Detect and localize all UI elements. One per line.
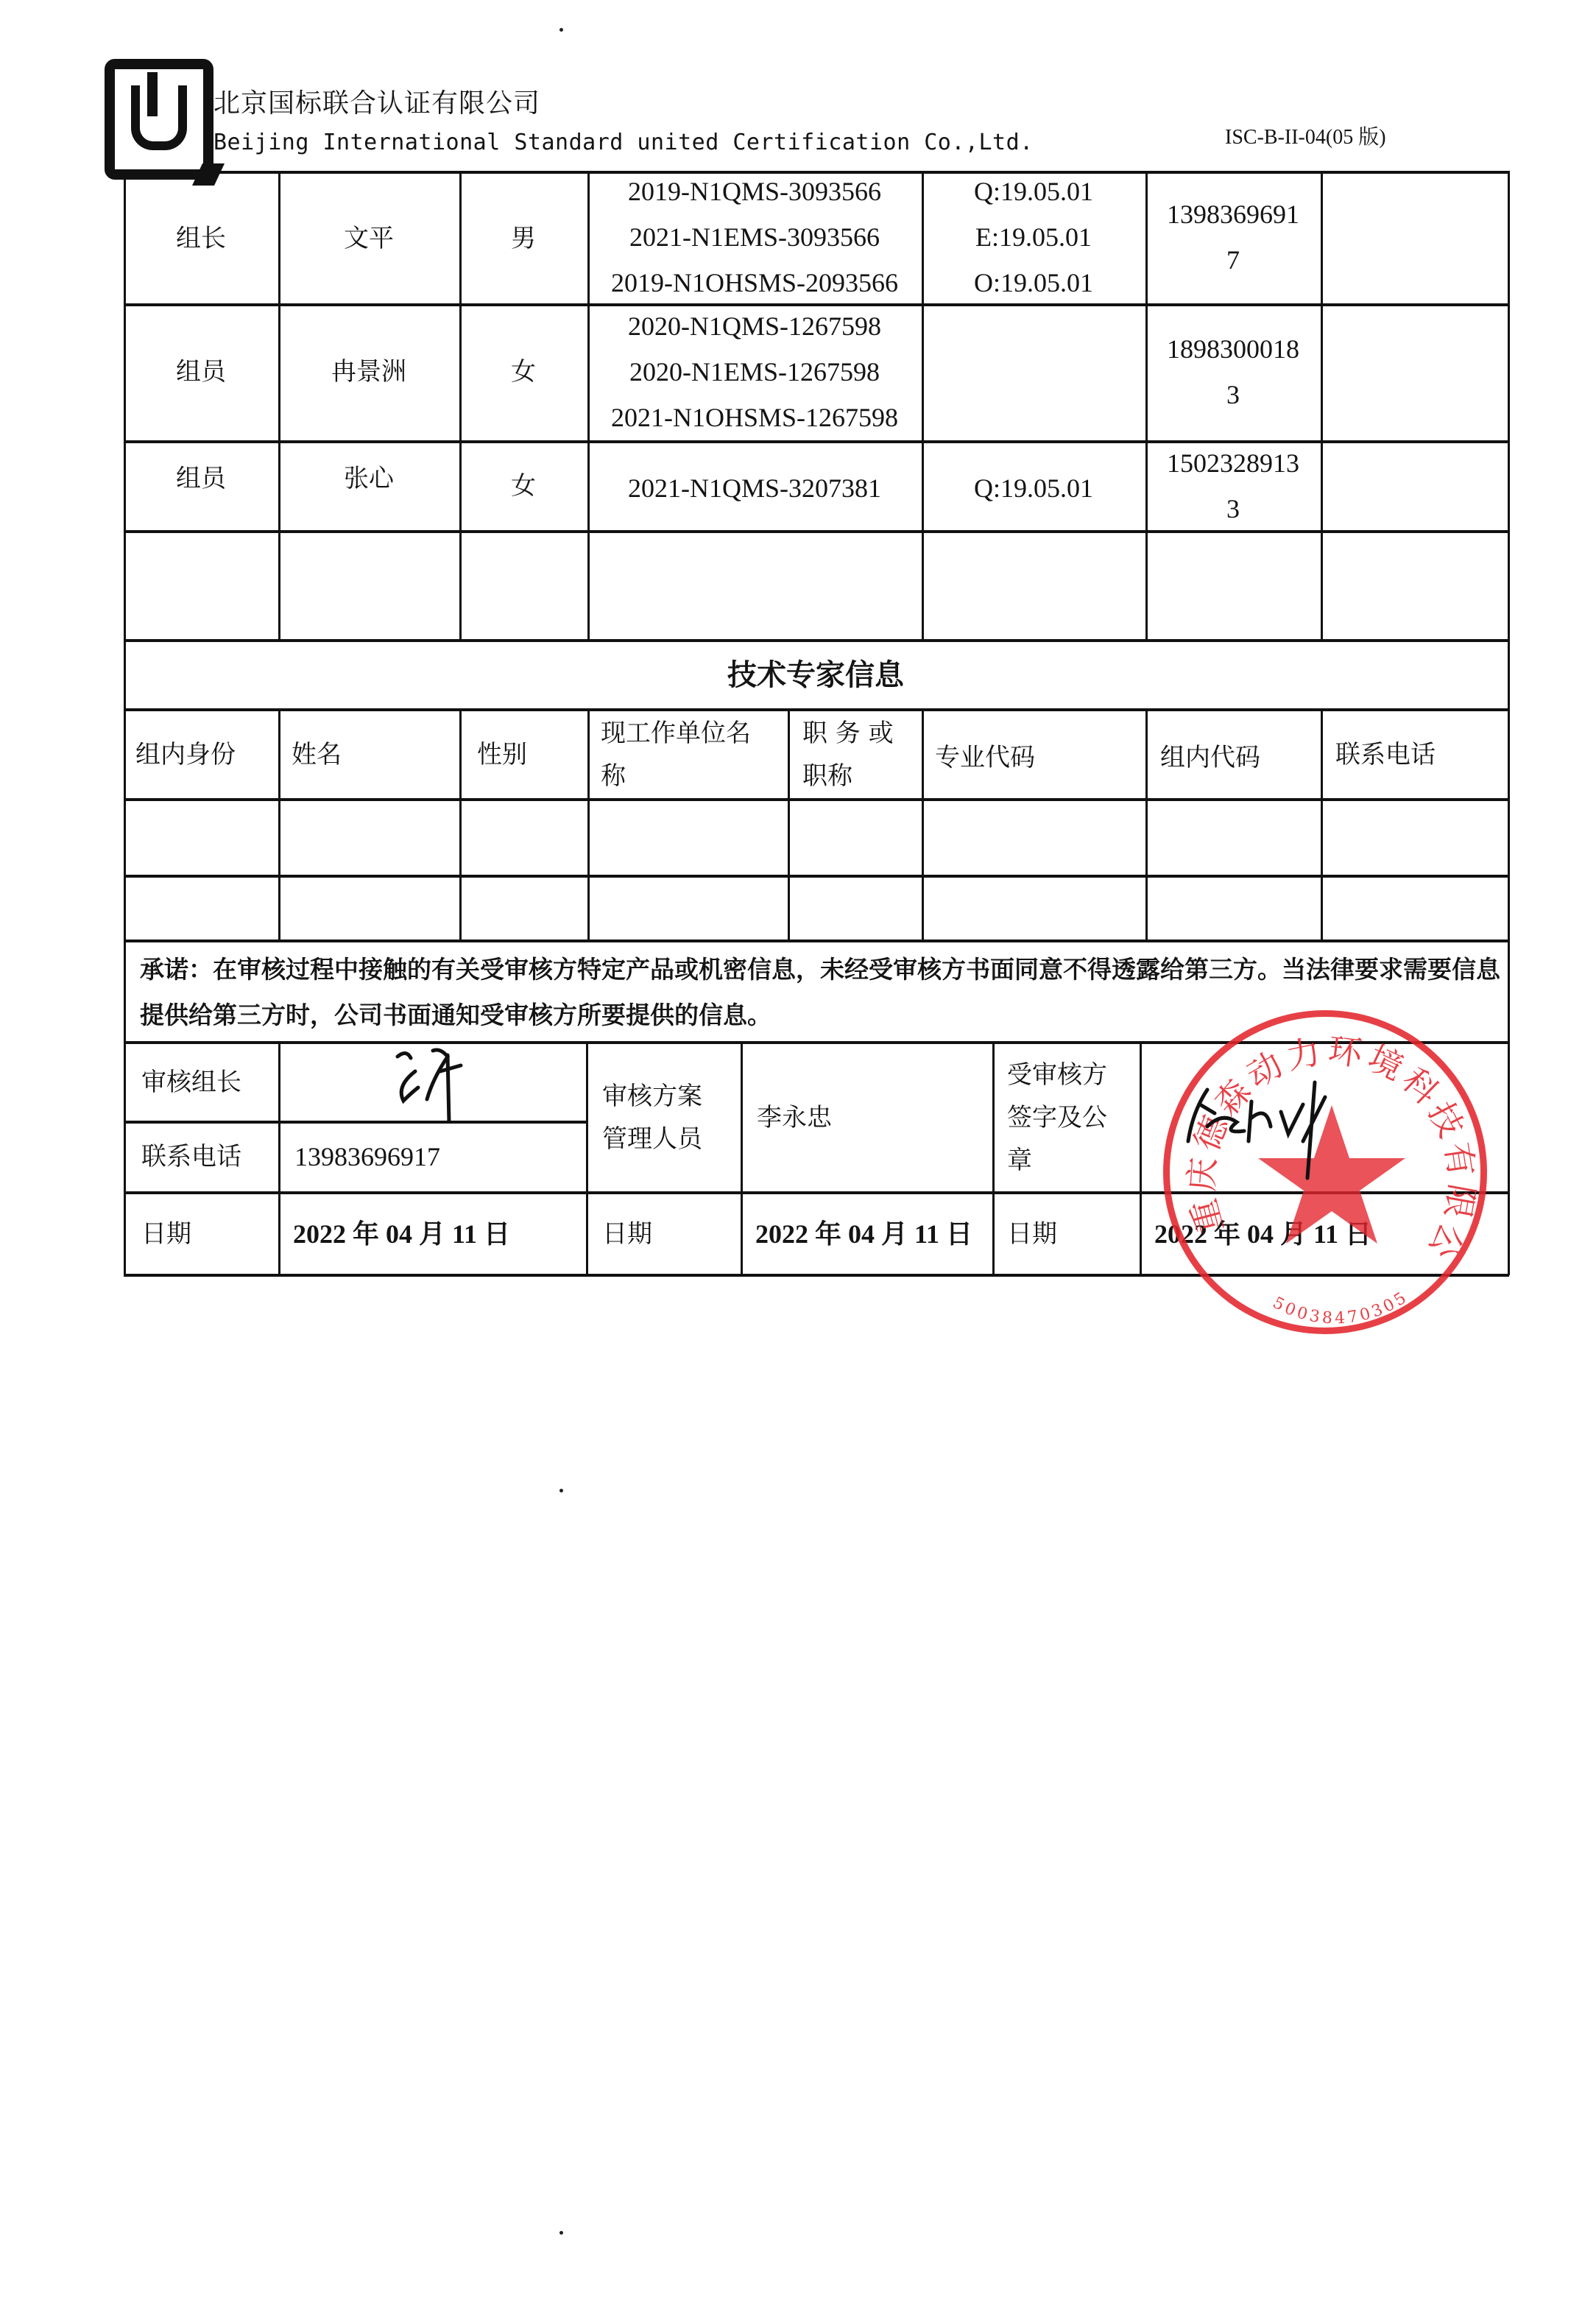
team-gender: 女 [459,449,587,523]
phone-line: 3 [1226,372,1240,417]
expert-header-gender: 性别 [459,711,587,798]
label-line: 章 [1007,1139,1032,1182]
team-phone: 1398369691 7 [1145,171,1321,303]
phone-line: 1502328913 [1167,440,1299,486]
phone-line: 1898300018 [1167,326,1299,372]
label-line: 受审核方 [1007,1054,1107,1096]
row-divider [124,940,1509,942]
cert-number: 2021-N1OHSMS-1267598 [611,395,898,440]
header-line: 称 [601,755,626,797]
phone-line: 7 [1226,237,1240,283]
team-gender: 女 [459,303,587,440]
cert-number: 2019-N1OHSMS-2093566 [611,260,898,306]
expert-header-specialty-code: 专业代码 [922,714,1145,801]
phone-line: 3 [1226,486,1240,532]
leader-signature [280,1044,586,1121]
manager-label: 审核方案 管理人员 [587,1044,741,1191]
expert-header-group-code: 组内代码 [1145,714,1321,801]
header-line: 现工作单位名 [601,712,751,755]
expert-header-workplace: 现工作单位名 称 [587,711,788,798]
cert-number: 2021-N1EMS-3093566 [629,214,880,260]
expert-header-name: 姓名 [278,711,459,798]
team-role: 组长 [124,174,278,303]
expert-section-title: 技术专家信息 [124,642,1508,708]
date-label: 日期 [124,1194,278,1274]
signature-icon [1178,1060,1399,1193]
team-phone: 1502328913 3 [1145,442,1321,530]
row-divider [124,530,1509,533]
signature-icon [389,1042,477,1123]
leader-phone: 13983696917 [280,1122,586,1191]
label-line: 审核方案 [602,1075,702,1118]
expert-header-phone: 联系电话 [1321,711,1508,798]
cert-number: 2020-N1EMS-1267598 [629,349,880,395]
team-cert-numbers: 2019-N1QMS-3093566 2021-N1EMS-3093566 20… [587,171,922,303]
manager-name: 李永忠 [742,1044,992,1191]
phone-label: 联系电话 [124,1122,278,1191]
manager-date: 2022 年 04 月 11 日 [742,1194,992,1274]
team-codes: Q:19.05.01 E:19.05.01 O:19.05.01 [922,171,1145,303]
team-code: Q:19.05.01 [922,449,1145,527]
team-role: 组员 [124,442,278,515]
header-line: 职 务 或 [802,712,894,755]
team-gender: 男 [459,174,587,303]
cert-number: 2020-N1QMS-1267598 [628,303,881,349]
leader-date: 2022 年 04 月 11 日 [280,1194,586,1274]
leader-label: 审核组长 [124,1044,278,1121]
table-border [1508,171,1510,1275]
label-line: 管理人员 [602,1118,702,1160]
header-line: 职称 [802,755,852,797]
label-line: 签字及公 [1007,1096,1107,1139]
specialty-code: O:19.05.01 [974,260,1093,306]
team-name: 冉景洲 [278,303,459,440]
expert-header-role: 组内身份 [124,711,278,798]
specialty-code: E:19.05.01 [975,214,1092,260]
date-label: 日期 [587,1194,741,1274]
phone-line: 1398369691 [1167,191,1299,237]
col-divider [1321,171,1323,641]
team-name: 张心 [278,442,459,515]
team-phone: 1898300018 3 [1145,303,1321,440]
team-role: 组员 [124,303,278,440]
date-label: 日期 [994,1194,1140,1274]
team-cert-numbers: 2020-N1QMS-1267598 2020-N1EMS-1267598 20… [587,303,922,440]
team-name: 文平 [278,174,459,303]
auditee-label: 受审核方 签字及公 章 [994,1044,1140,1191]
specialty-code: Q:19.05.01 [974,169,1093,214]
row-divider [124,875,1509,878]
expert-header-title: 职 务 或 职称 [788,711,922,798]
team-cert-number: 2021-N1QMS-3207381 [587,449,922,527]
auditee-signature [1178,1060,1399,1193]
cert-number: 2019-N1QMS-3093566 [628,169,881,214]
